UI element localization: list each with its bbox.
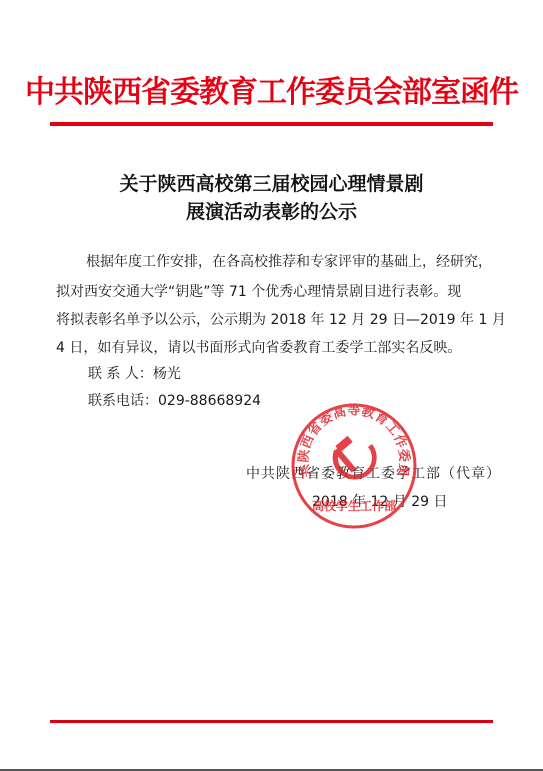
contact-person: 联 系 人：杨光 bbox=[88, 364, 181, 384]
official-seal-icon: 中共陕西省委高等教育工作委员会 高校学生工作部 bbox=[290, 402, 418, 530]
document-title-line-2: 展演活动表彰的公示 bbox=[0, 198, 543, 226]
contact-phone-label: 联系电话： bbox=[88, 393, 158, 409]
contact-person-label: 联 系 人： bbox=[88, 366, 153, 382]
contact-person-name: 杨光 bbox=[153, 366, 181, 382]
svg-text:高校学生工作部: 高校学生工作部 bbox=[312, 498, 396, 513]
contact-phone: 联系电话：029-88668924 bbox=[88, 391, 261, 411]
contact-phone-number: 029-88668924 bbox=[158, 393, 261, 409]
letterhead-red-rule bbox=[50, 122, 493, 126]
body-line: 拟对西安交通大学“钥匙”等 71 个优秀心理情景剧目进行表彰。现 bbox=[56, 282, 461, 302]
body-line: 根据年度工作安排，在各高校推荐和专家评审的基础上，经研究， bbox=[86, 252, 492, 272]
body-line: 4 日，如有异议，请以书面形式向省委教育工委学工部实名反映。 bbox=[56, 338, 461, 358]
footer-red-rule bbox=[50, 720, 493, 723]
hammer-sickle-icon bbox=[333, 436, 377, 480]
body-line: 将拟表彰名单予以公示，公示期为 2018 年 12 月 29 日—2019 年 … bbox=[56, 310, 506, 330]
letterhead-title: 中共陕西省委教育工作委员会部室函件 bbox=[0, 74, 543, 112]
document-title-line-1: 关于陕西高校第三届校园心理情景剧 bbox=[0, 170, 543, 198]
